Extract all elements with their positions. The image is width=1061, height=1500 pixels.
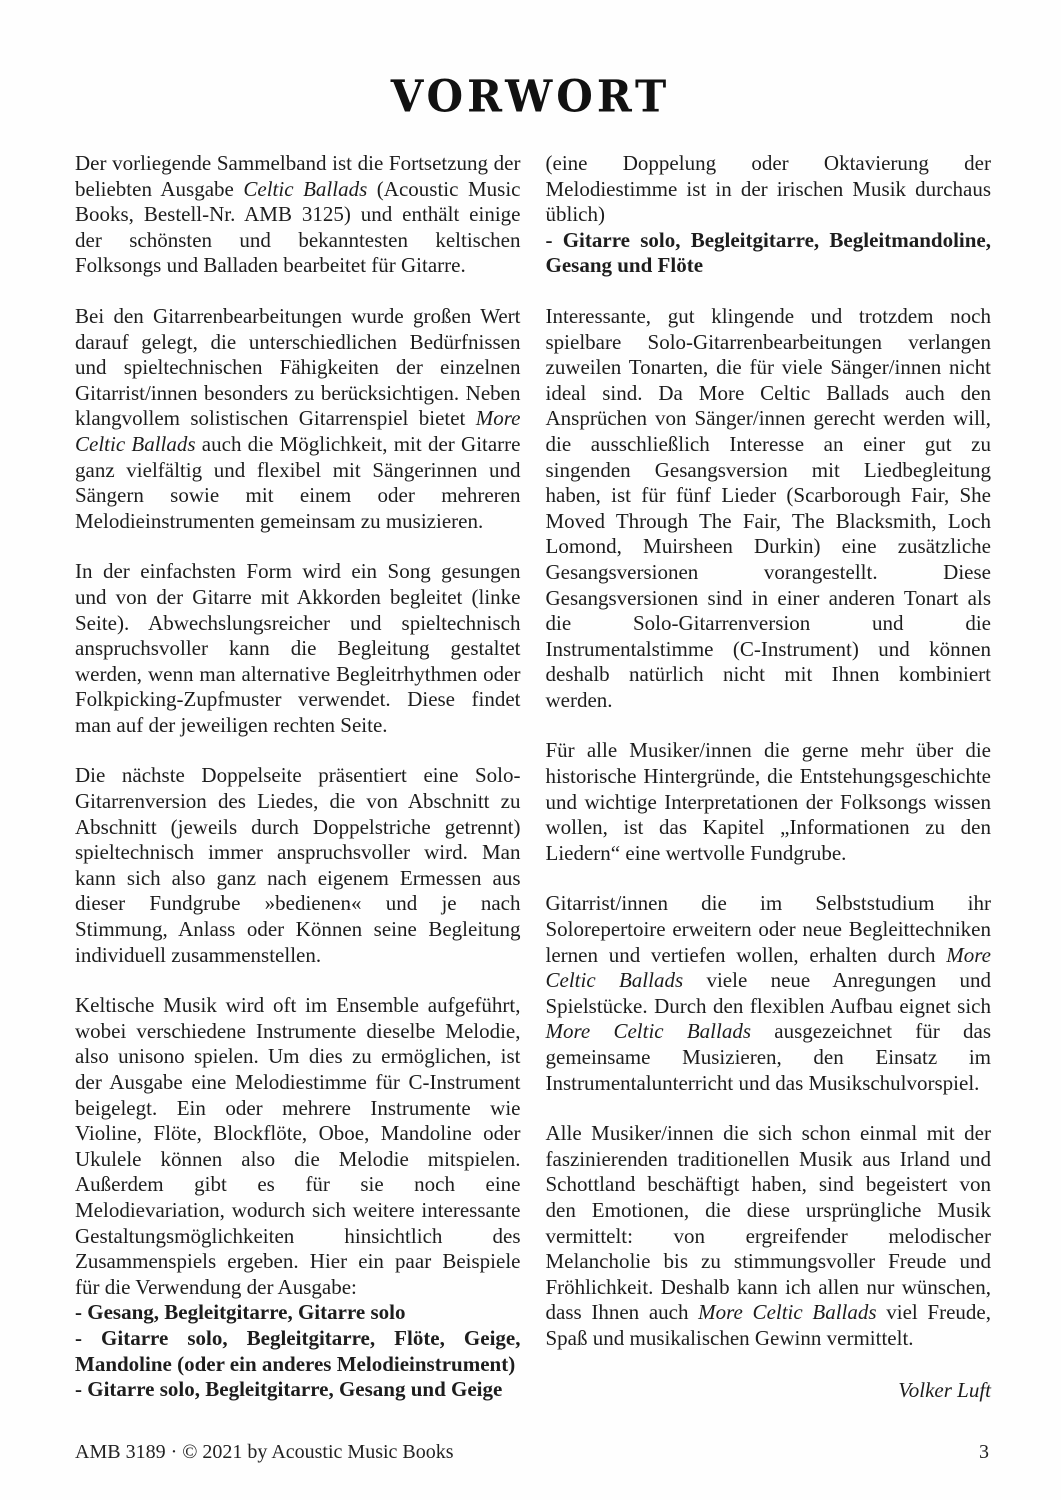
document-page: VORWORT Der vorliegende Sammelband ist d…	[0, 0, 1061, 1500]
text-run: - Gitarre solo, Begleitgitarre, Gesang u…	[75, 1377, 502, 1401]
text-run: Interessante, gut klingende und trotzdem…	[546, 304, 992, 712]
paragraph: In der einfachsten Form wird ein Song ge…	[75, 559, 521, 738]
left-column: Der vorliegende Sammelband ist die Forts…	[75, 151, 521, 1403]
text-run: Für alle Musiker/innen die gerne mehr üb…	[546, 738, 992, 864]
text-run: Alle Musiker/innen die sich schon einmal…	[546, 1121, 992, 1324]
text-run: Keltische Musik wird oft im Ensemble auf…	[75, 993, 521, 1299]
page-footer: AMB 3189 · © 2021 by Acoustic Music Book…	[75, 1441, 989, 1464]
paragraph: Alle Musiker/innen die sich schon einmal…	[546, 1121, 992, 1351]
text-run: Die nächste Doppelseite präsentiert eine…	[75, 763, 521, 966]
text-run: More Celtic Ballads	[698, 1300, 876, 1324]
paragraph: (eine Doppelung oder Oktavierung der Mel…	[546, 151, 992, 228]
right-column: (eine Doppelung oder Oktavierung der Mel…	[546, 151, 992, 1403]
text-run: (eine Doppelung oder Oktavierung der Mel…	[546, 151, 992, 226]
paragraph: Gitarrist/innen die im Selbststudium ihr…	[546, 891, 992, 1096]
page-number: 3	[979, 1441, 989, 1464]
text-run: - Gitarre solo, Begleitgitarre, Flöte, G…	[75, 1326, 521, 1376]
paragraph: Keltische Musik wird oft im Ensemble auf…	[75, 993, 521, 1300]
paragraph: Für alle Musiker/innen die gerne mehr üb…	[546, 738, 992, 866]
paragraph: Der vorliegende Sammelband ist die Forts…	[75, 151, 521, 279]
text-columns: Der vorliegende Sammelband ist die Forts…	[0, 119, 1061, 1403]
paragraph: Bei den Gitarrenbearbeitungen wurde groß…	[75, 304, 521, 534]
text-run: In der einfachsten Form wird ein Song ge…	[75, 559, 521, 737]
paragraph: Die nächste Doppelseite präsentiert eine…	[75, 763, 521, 968]
text-run: More Celtic Ballads	[546, 1019, 752, 1043]
author-signature: Volker Luft	[546, 1378, 992, 1404]
paragraph: Interessante, gut klingende und trotzdem…	[546, 304, 992, 714]
list-item: - Gitarre solo, Begleitgitarre, Begleitm…	[546, 228, 992, 279]
text-run: Gitarrist/innen die im Selbststudium ihr…	[546, 891, 992, 966]
list-item: - Gitarre solo, Begleitgitarre, Flöte, G…	[75, 1326, 521, 1377]
text-run: - Gitarre solo, Begleitgitarre, Begleitm…	[546, 228, 992, 278]
text-run: - Gesang, Begleitgitarre, Gitarre solo	[75, 1300, 405, 1324]
list-item: - Gesang, Begleitgitarre, Gitarre solo	[75, 1300, 521, 1326]
imprint-text: AMB 3189 · © 2021 by Acoustic Music Book…	[75, 1441, 454, 1464]
text-run: Celtic Ballads	[243, 177, 367, 201]
text-run: Bei den Gitarrenbearbeitungen wurde groß…	[75, 304, 521, 430]
list-item: - Gitarre solo, Begleitgitarre, Gesang u…	[75, 1377, 521, 1403]
page-title: VORWORT	[0, 0, 1061, 122]
